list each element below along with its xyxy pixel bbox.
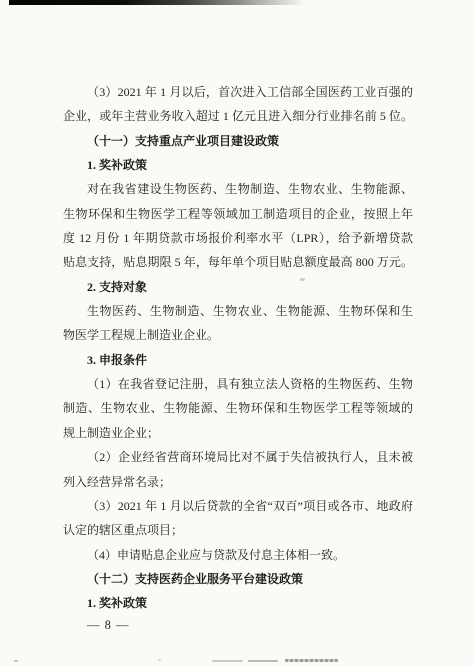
scan-artifact-smudge [212, 660, 243, 662]
text-line: （1）在我省登记注册，具有独立法人资格的生物医药、生物 [63, 372, 413, 396]
document-page: （3）2021 年 1 月以后，首次进入工信部全国医药工业百强的 企业，或年主营… [0, 0, 475, 666]
scan-artifact-dot [14, 660, 18, 662]
text-line: 生物环保和生物医学工程等领域加工制造项目的企业，按照上年 [63, 202, 413, 226]
text-line: 贴息支持，贴息期限 5 年，每年单个项目贴息额度最高 800 万元。 [63, 250, 413, 274]
text-line: 列入经营异常名录； [63, 470, 413, 494]
page-number: — 8 — [63, 613, 413, 637]
heading-line: （十二）支持医药企业服务平台建设政策 [63, 567, 413, 591]
text-line: （2）企业经省营商环境局比对不属于失信被执行人，且未被 [63, 445, 413, 469]
scan-artifact-speck [294, 110, 297, 113]
heading-line: 1. 奖补政策 [63, 153, 413, 177]
text-line: 规上制造业企业； [63, 421, 413, 445]
text-line: 对在我省建设生物医药、生物制造、生物农业、生物能源、 [63, 177, 413, 201]
heading-line: 3. 申报条件 [63, 348, 413, 372]
scan-artifact-smudge [248, 660, 278, 662]
scan-artifact-top-band [9, 0, 311, 5]
text-line: 制造、生物农业、生物能源、生物环保和生物医学工程等领域的 [63, 396, 413, 420]
text-line: 生物医药、生物制造、生物农业、生物能源、生物环保和生 [63, 299, 413, 323]
text-line: （3）2021 年 1 月以后贷款的全省“双百”项目或各市、地政府 [63, 494, 413, 518]
heading-line: 2. 支持对象 [63, 275, 413, 299]
text-line: 度 12 月份 1 年期贷款市场报价利率水平（LPR），给予新增贷款 [63, 226, 413, 250]
scan-artifact-smudge [285, 659, 338, 662]
scan-artifact-dot [158, 659, 161, 661]
heading-line: 1. 奖补政策 [63, 591, 413, 615]
heading-line: （十一）支持重点产业项目建设政策 [63, 129, 413, 153]
text-line: 企业，或年主营业务收入超过 1 亿元且进入细分行业排名前 5 位。 [63, 104, 413, 128]
text-line: （3）2021 年 1 月以后，首次进入工信部全国医药工业百强的 [63, 80, 413, 104]
scan-artifact-speck [300, 278, 305, 281]
text-line: 认定的辖区重点项目； [63, 518, 413, 542]
text-line: （4）申请贴息企业应与贷款及付息主体相一致。 [63, 543, 413, 567]
document-body: （3）2021 年 1 月以后，首次进入工信部全国医药工业百强的 企业，或年主营… [63, 80, 413, 616]
text-line: 物医学工程规上制造业企业。 [63, 323, 413, 347]
